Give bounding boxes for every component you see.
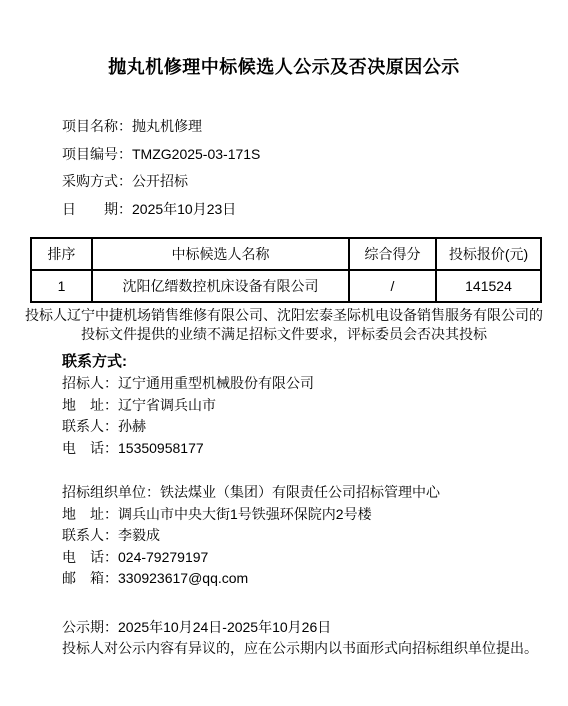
organizer-address-line: 地 址：调兵山市中央大街1号铁强环保院内2号楼 <box>62 504 568 526</box>
organizer-phone-line: 电 话：024-79279197 <box>62 547 568 569</box>
organizer-line: 招标组织单位：铁法煤业（集团）有限责任公司招标管理中心 <box>62 482 568 504</box>
announcement-page: 抛丸机修理中标候选人公示及否决原因公示 项目名称：抛丸机修理 项目编号：TMZG… <box>0 0 568 706</box>
organizer-email-label: 邮 箱： <box>62 570 118 586</box>
tenderer-contact-person-label: 联系人： <box>62 418 118 434</box>
tenderer-address-value: 辽宁省调兵山市 <box>118 397 216 413</box>
candidate-table-header-row: 排序 中标候选人名称 综合得分 投标报价(元) <box>31 238 541 270</box>
tenderer-line: 招标人：辽宁通用重型机械股份有限公司 <box>62 373 568 395</box>
organizer-label: 招标组织单位： <box>62 484 160 500</box>
procurement-method-line: 采购方式：公开招标 <box>62 168 568 196</box>
project-name-label: 项目名称： <box>62 118 132 134</box>
header-candidate-name: 中标候选人名称 <box>92 238 349 270</box>
date-line: 日 期：2025年10月23日 <box>62 196 568 224</box>
tenderer-value: 辽宁通用重型机械股份有限公司 <box>118 375 314 391</box>
tenderer-phone-label: 电 话： <box>62 440 118 456</box>
cell-bid-price: 141524 <box>436 270 541 302</box>
procurement-method-label: 采购方式： <box>62 173 132 189</box>
organizer-contact-block: 招标组织单位：铁法煤业（集团）有限责任公司招标管理中心 地 址：调兵山市中央大街… <box>62 482 568 590</box>
header-bid-price: 投标报价(元) <box>436 238 541 270</box>
publicity-period-line: 公示期：2025年10月24日-2025年10月26日 <box>62 617 568 638</box>
cell-rank: 1 <box>31 270 92 302</box>
organizer-value: 铁法煤业（集团）有限责任公司招标管理中心 <box>160 484 440 500</box>
tenderer-contact-person-line: 联系人：孙赫 <box>62 416 568 438</box>
objection-note-line: 投标人对公示内容有异议的，应在公示期内以书面形式向招标组织单位提出。 <box>62 638 568 659</box>
candidate-table: 排序 中标候选人名称 综合得分 投标报价(元) 1 沈阳亿缙数控机床设备有限公司… <box>30 237 542 303</box>
tenderer-address-line: 地 址：辽宁省调兵山市 <box>62 395 568 417</box>
rejection-note: 投标人辽宁中捷机场销售维修有限公司、沈阳宏泰圣际机电设备销售服务有限公司的投标文… <box>22 306 546 344</box>
tenderer-phone-line: 电 话：15350958177 <box>62 438 568 460</box>
organizer-contact-person-value: 李毅成 <box>118 527 160 543</box>
tenderer-phone-value: 15350958177 <box>118 440 204 456</box>
project-number-value: TMZG2025-03-171S <box>132 146 260 162</box>
project-number-label: 项目编号： <box>62 146 132 162</box>
header-rank: 排序 <box>31 238 92 270</box>
contact-section-heading: 联系方式: <box>62 351 568 373</box>
date-label: 日 期： <box>62 201 132 217</box>
organizer-address-value: 调兵山市中央大街1号铁强环保院内2号楼 <box>118 506 372 522</box>
footer-block: 公示期：2025年10月24日-2025年10月26日 投标人对公示内容有异议的… <box>62 617 568 659</box>
organizer-email-value: 330923617@qq.com <box>118 570 248 586</box>
organizer-phone-value: 024-79279197 <box>118 549 208 565</box>
tenderer-contact-block: 招标人：辽宁通用重型机械股份有限公司 地 址：辽宁省调兵山市 联系人：孙赫 电 … <box>62 373 568 459</box>
page-title: 抛丸机修理中标候选人公示及否决原因公示 <box>0 0 568 79</box>
organizer-address-label: 地 址： <box>62 506 118 522</box>
cell-candidate-name: 沈阳亿缙数控机床设备有限公司 <box>92 270 349 302</box>
tenderer-contact-person-value: 孙赫 <box>118 418 146 434</box>
cell-score: / <box>349 270 436 302</box>
organizer-phone-label: 电 话： <box>62 549 118 565</box>
project-number-line: 项目编号：TMZG2025-03-171S <box>62 141 568 169</box>
project-info-block: 项目名称：抛丸机修理 项目编号：TMZG2025-03-171S 采购方式：公开… <box>62 113 568 223</box>
procurement-method-value: 公开招标 <box>132 173 188 189</box>
organizer-contact-person-line: 联系人：李毅成 <box>62 525 568 547</box>
organizer-email-line: 邮 箱：330923617@qq.com <box>62 568 568 590</box>
organizer-contact-person-label: 联系人： <box>62 527 118 543</box>
header-score: 综合得分 <box>349 238 436 270</box>
project-name-line: 项目名称：抛丸机修理 <box>62 113 568 141</box>
tenderer-label: 招标人： <box>62 375 118 391</box>
date-value: 2025年10月23日 <box>132 201 236 217</box>
project-name-value: 抛丸机修理 <box>132 118 202 134</box>
table-row: 1 沈阳亿缙数控机床设备有限公司 / 141524 <box>31 270 541 302</box>
tenderer-address-label: 地 址： <box>62 397 118 413</box>
